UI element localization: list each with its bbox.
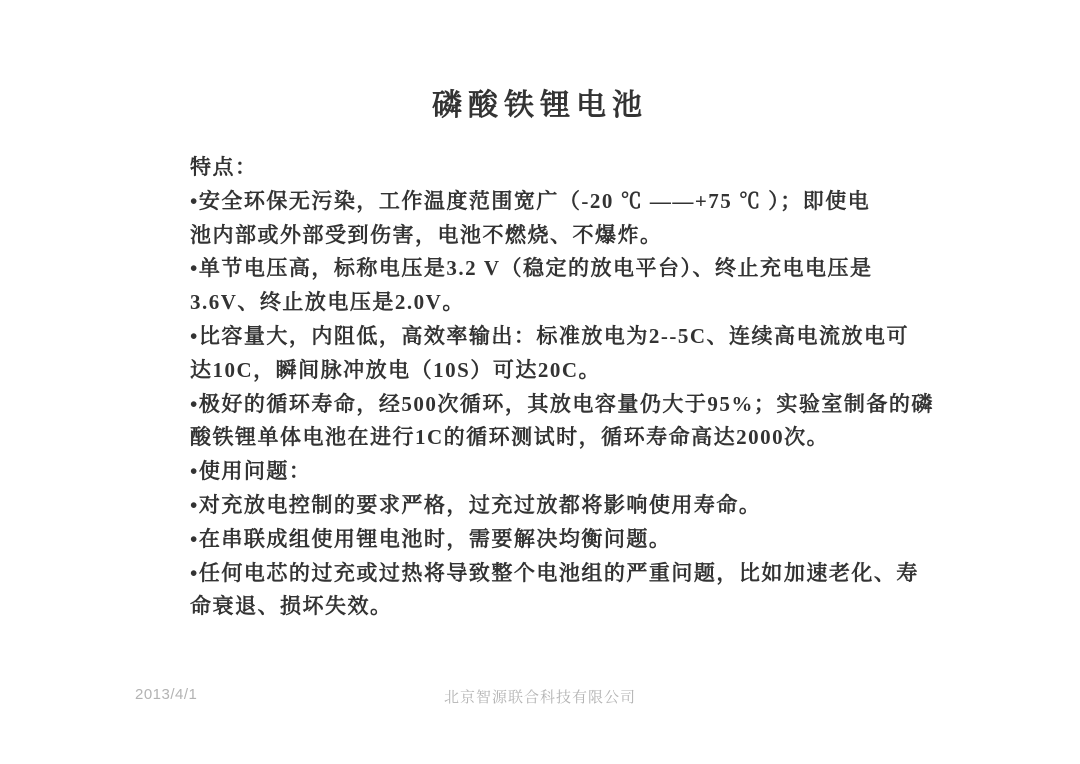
presentation-slide: 磷酸铁锂电池 特点： •安全环保无污染，工作温度范围宽广（-20 ℃ ——+75… (0, 0, 1080, 764)
body-line: •比容量大，内阻低，高效率输出：标准放电为2--5C、连续高电流放电可 (190, 320, 930, 354)
body-line: 池内部或外部受到伤害，电池不燃烧、不爆炸。 (190, 219, 930, 253)
body-line: •对充放电控制的要求严格，过充过放都将影响使用寿命。 (190, 489, 930, 523)
body-line-heading: 特点： (190, 151, 930, 185)
body-line: •极好的循环寿命，经500次循环，其放电容量仍大于95%；实验室制备的磷 (190, 388, 930, 422)
body-line: 命衰退、损坏失效。 (190, 590, 930, 624)
slide-body: 特点： •安全环保无污染，工作温度范围宽广（-20 ℃ ——+75 ℃ ）；即使… (190, 151, 930, 624)
body-line: •安全环保无污染，工作温度范围宽广（-20 ℃ ——+75 ℃ ）；即使电 (190, 185, 930, 219)
body-line: •任何电芯的过充或过热将导致整个电池组的严重问题，比如加速老化、寿 (190, 557, 930, 591)
slide-title: 磷酸铁锂电池 (0, 80, 1080, 124)
body-line: 3.6V、终止放电压是2.0V。 (190, 286, 930, 320)
body-line: •单节电压高，标称电压是3.2 V（稳定的放电平台）、终止充电电压是 (190, 252, 930, 286)
body-line-subheading: •使用问题： (190, 455, 930, 489)
footer-company-name: 北京智源联合科技有限公司 (0, 686, 1080, 707)
body-line: 酸铁锂单体电池在进行1C的循环测试时，循环寿命高达2000次。 (190, 421, 930, 455)
body-line: •在串联成组使用锂电池时，需要解决均衡问题。 (190, 523, 930, 557)
body-line: 达10C，瞬间脉冲放电（10S）可达20C。 (190, 354, 930, 388)
